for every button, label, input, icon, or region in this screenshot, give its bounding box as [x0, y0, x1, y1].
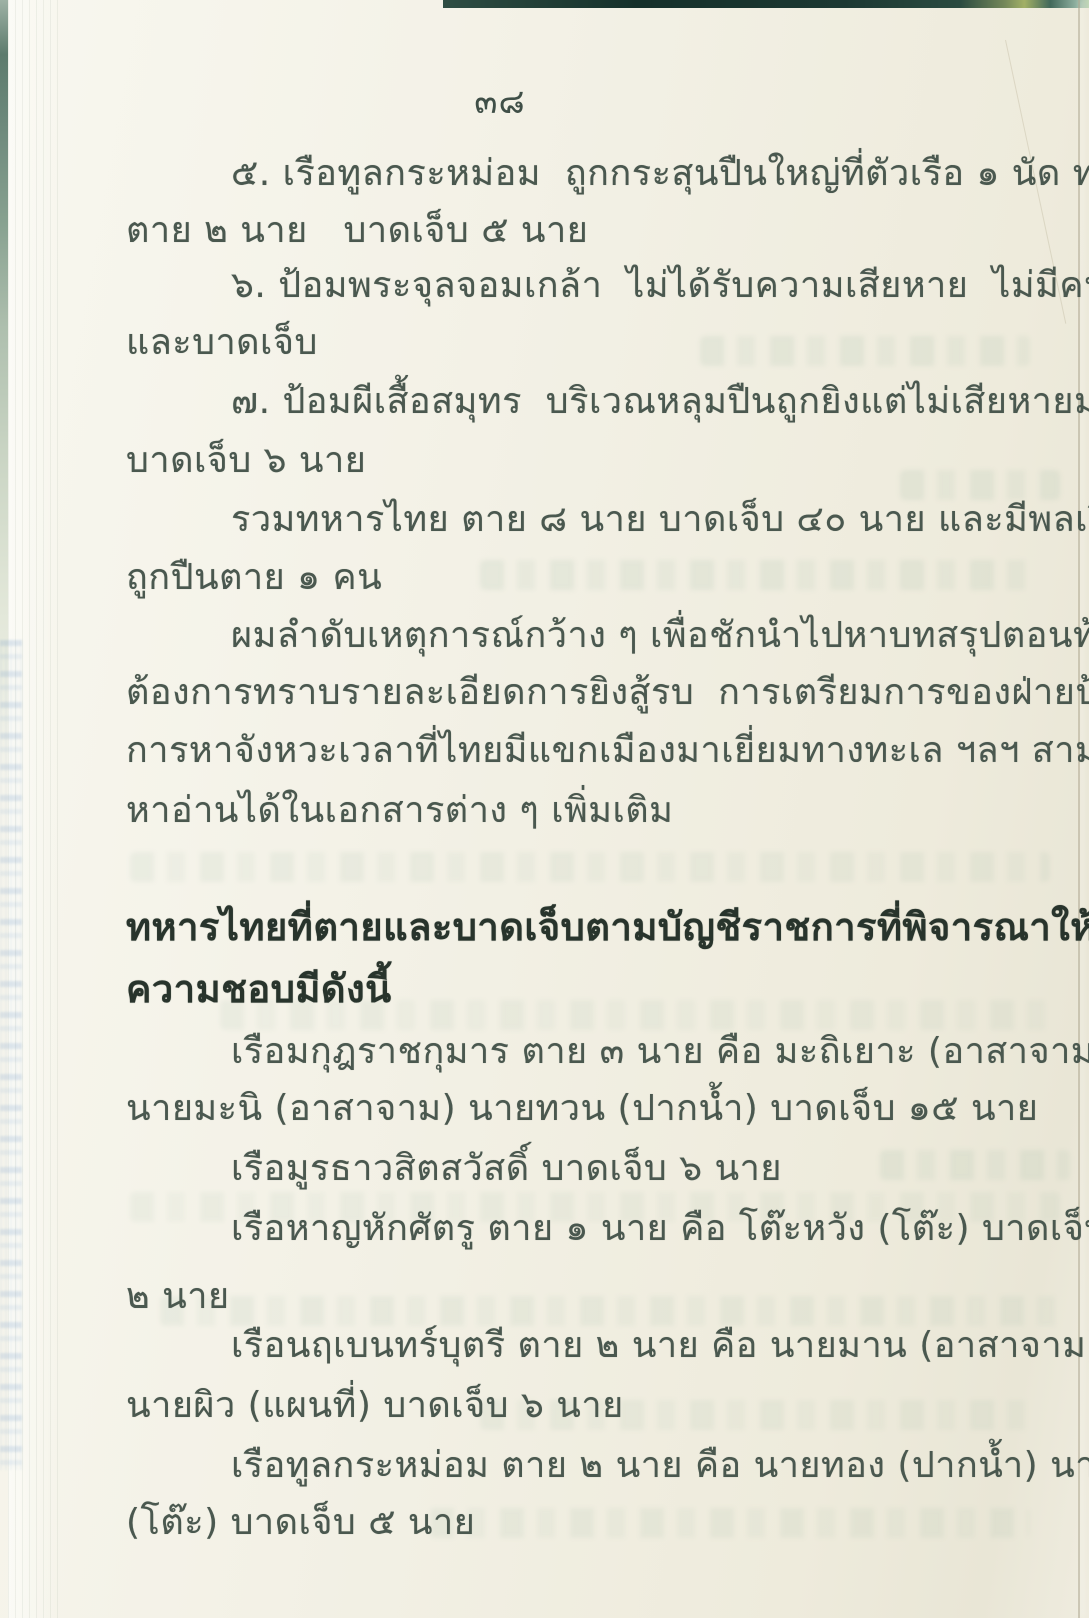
text-line: ตาย ๒ นาย บาดเจ็บ ๕ นาย [126, 207, 1046, 255]
text-line: นายมะนิ (อาสาจาม) นายทวน (ปากน้ำ) บาดเจ็… [126, 1085, 1046, 1133]
left-edge-ink-marks [0, 640, 22, 1470]
text-line: นายผิว (แผนที่) บาดเจ็บ ๖ นาย [126, 1382, 1046, 1430]
text-line: และบาดเจ็บ [126, 319, 1046, 367]
text-line: เรือหาญหักศัตรู ตาย ๑ นาย คือ โต๊ะหวัง (… [231, 1205, 1089, 1253]
text-line: ๖. ป้อมพระจุลจอมเกล้า ไม่ได้รับความเสียห… [231, 262, 1089, 310]
text-line: ๒ นาย [126, 1273, 1046, 1321]
section-heading-line: ความชอบมีดังนี้ [126, 965, 1046, 1013]
page-number: ๓๘ [455, 74, 545, 128]
text-line: (โต๊ะ) บาดเจ็บ ๕ นาย [126, 1499, 1046, 1547]
section-heading-line: ทหารไทยที่ตายและบาดเจ็บตามบัญชีราชการที่… [126, 903, 1046, 951]
text-line: เรือมูรธาวสิตสวัสดิ์ บาดเจ็บ ๖ นาย [231, 1145, 1089, 1193]
text-line: เรือมกุฎราชกุมาร ตาย ๓ นาย คือ มะถิเยาะ … [231, 1028, 1089, 1076]
text-line: ต้องการทราบรายละเอียดการยิงสู้รบ การเตรี… [126, 669, 1046, 717]
right-page-crease [1078, 0, 1080, 1618]
top-edge-strip [443, 0, 1089, 8]
text-line: ๕. เรือทูลกระหม่อม ถูกกระสุนปืนใหญ่ที่ตั… [231, 150, 1089, 198]
text-line: หาอ่านได้ในเอกสารต่าง ๆ เพิ่มเติม [126, 787, 1046, 835]
showthrough-artifact [130, 852, 1050, 882]
text-line: การหาจังหวะเวลาที่ไทยมีแขกเมืองมาเยี่ยมท… [126, 727, 1046, 775]
text-line: เรือนฤเบนทร์บุตรี ตาย ๒ นาย คือ นายมาน (… [231, 1322, 1089, 1370]
text-line: บาดเจ็บ ๖ นาย [126, 437, 1046, 485]
text-line: ถูกปืนตาย ๑ คน [126, 554, 1046, 602]
text-line: เรือทูลกระหม่อม ตาย ๒ นาย คือ นายทอง (ปา… [231, 1442, 1089, 1490]
text-line: ผมลำดับเหตุการณ์กว้าง ๆ เพื่อชักนำไปหาบท… [231, 612, 1089, 660]
text-line: รวมทหารไทย ตาย ๘ นาย บาดเจ็บ ๔๐ นาย และม… [231, 496, 1089, 544]
text-line: ๗. ป้อมผีเสื้อสมุทร บริเวณหลุมปืนถูกยิงแ… [231, 378, 1089, 426]
